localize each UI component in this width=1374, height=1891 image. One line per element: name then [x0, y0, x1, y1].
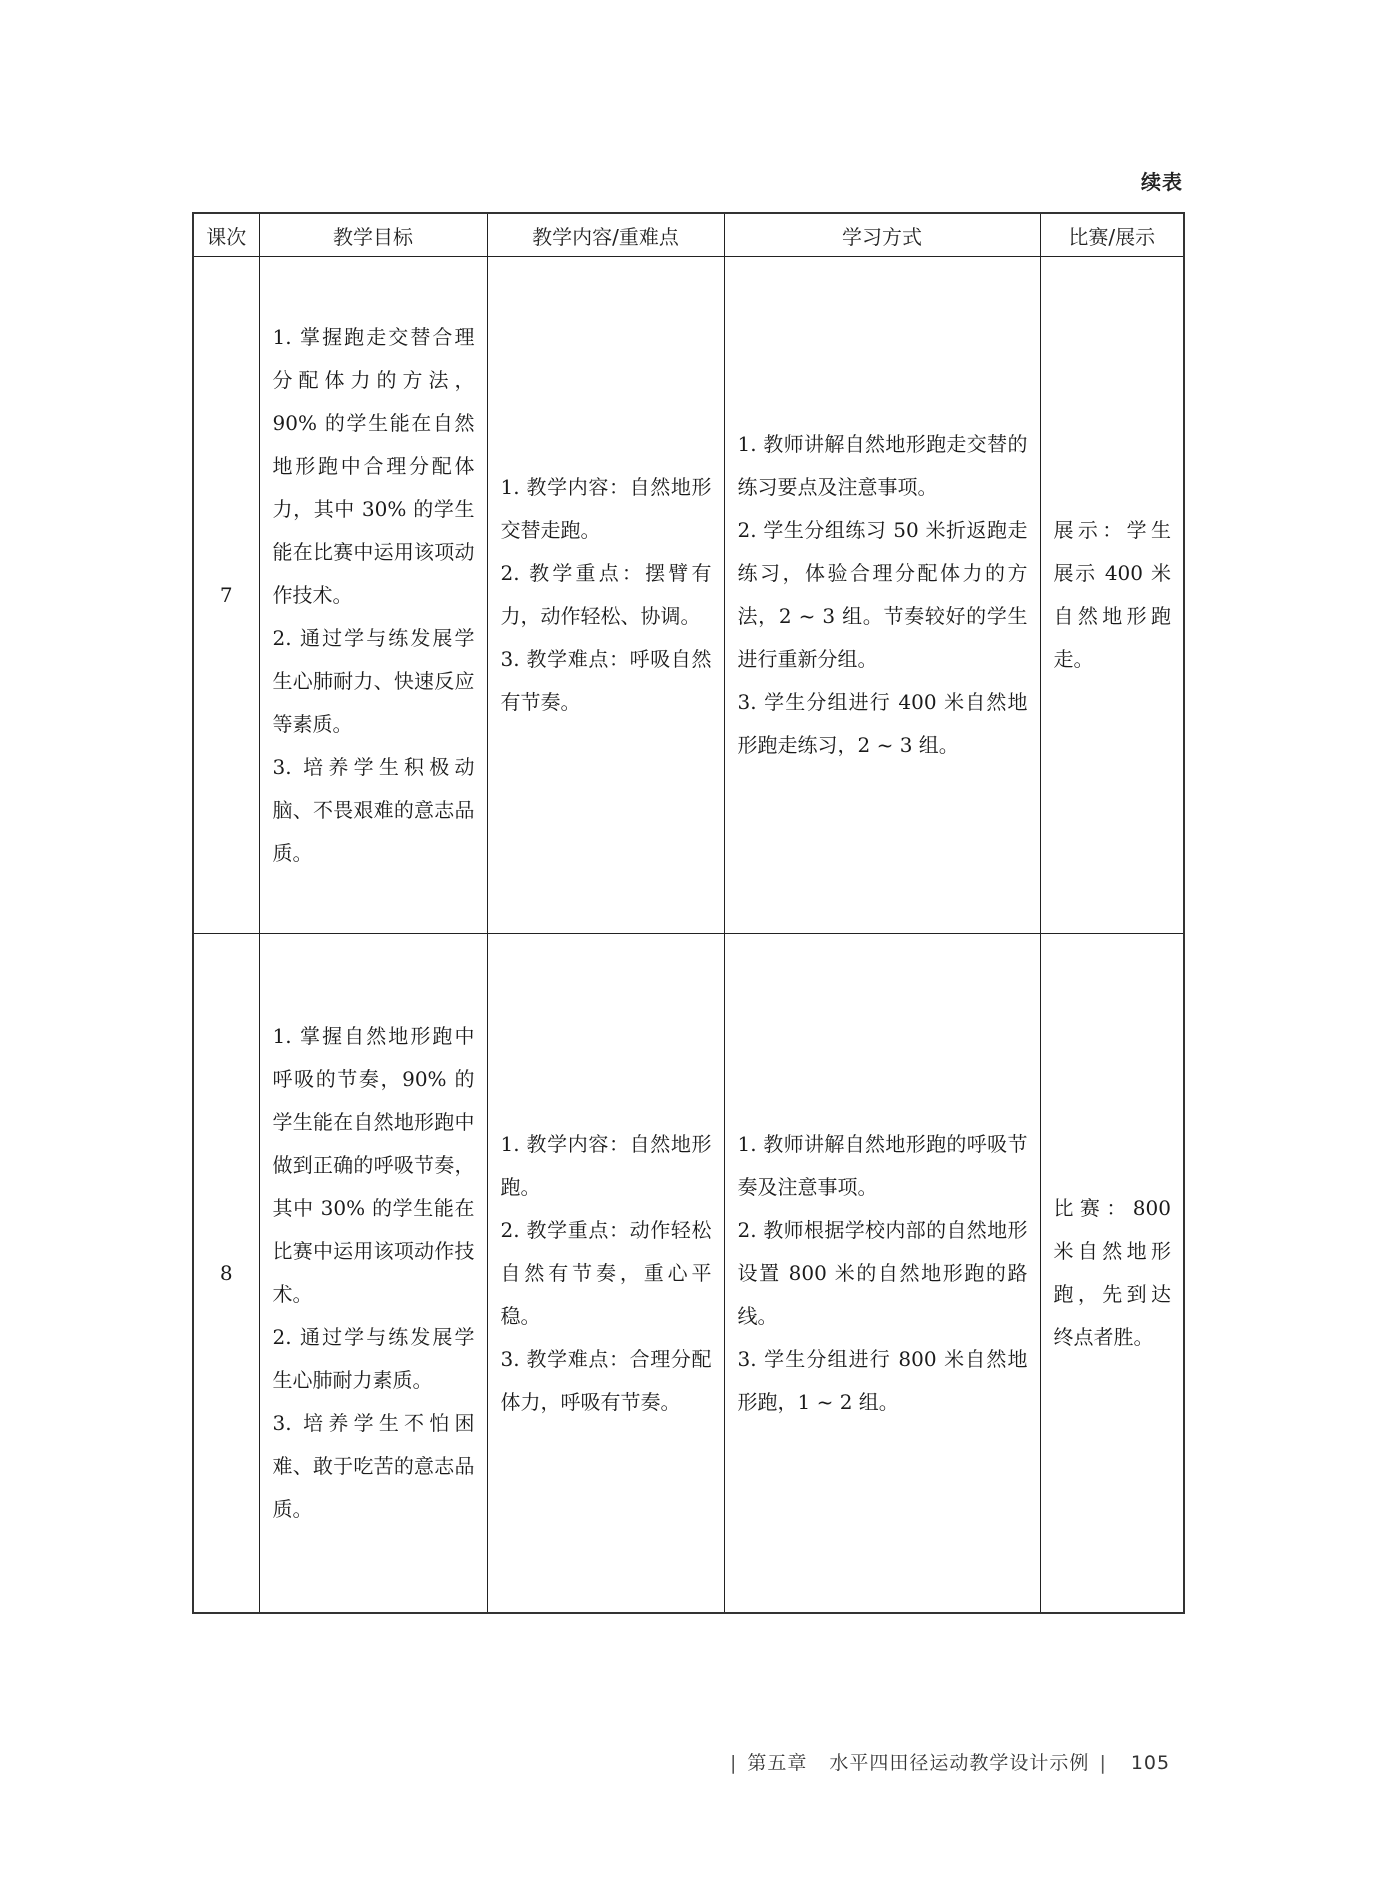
- separator-bar: |: [730, 1752, 737, 1774]
- method-item: 2. 学生分组练习 50 米折返跑走练习，体验合理分配体力的方法，2 ~ 3 组…: [738, 509, 1028, 681]
- page-number: 105: [1131, 1752, 1170, 1774]
- methods-cell: 1. 教师讲解自然地形跑走交替的练习要点及注意事项。 2. 学生分组练习 50 …: [724, 257, 1040, 934]
- content-item: 3. 教学难点：合理分配体力，呼吸有节奏。: [501, 1338, 712, 1424]
- content-cell: 1. 教学内容：自然地形交替走跑。 2. 教学重点：摆臂有力，动作轻松、协调。 …: [487, 257, 724, 934]
- content-item: 3. 教学难点：呼吸自然有节奏。: [501, 638, 712, 724]
- methods-cell: 1. 教师讲解自然地形跑的呼吸节奏及注意事项。 2. 教师根据学校内部的自然地形…: [724, 934, 1040, 1614]
- goal-item: 3. 培养学生不怕困难、敢于吃苦的意志品质。: [273, 1402, 475, 1531]
- page-footer: |第五章水平四田径运动教学设计示例|105: [720, 1748, 1170, 1775]
- footer-title: 水平四田径运动教学设计示例: [829, 1752, 1089, 1774]
- lesson-plan-table: 课次 教学目标 教学内容/重难点 学习方式 比赛/展示 7 1. 掌握跑走交替合…: [192, 212, 1185, 1614]
- show-cell: 比赛：800 米自然地形跑，先到达终点者胜。: [1040, 934, 1184, 1614]
- goal-item: 3. 培养学生积极动脑、不畏艰难的意志品质。: [273, 746, 475, 875]
- lesson-number: 7: [193, 257, 259, 934]
- goals-cell: 1. 掌握跑走交替合理分配体力的方法，90% 的学生能在自然地形跑中合理分配体力…: [259, 257, 487, 934]
- header-methods: 学习方式: [724, 213, 1040, 257]
- separator-bar: |: [1099, 1752, 1106, 1774]
- method-item: 3. 学生分组进行 800 米自然地形跑，1 ~ 2 组。: [738, 1338, 1028, 1424]
- method-item: 1. 教师讲解自然地形跑的呼吸节奏及注意事项。: [738, 1123, 1028, 1209]
- goal-item: 2. 通过学与练发展学生心肺耐力素质。: [273, 1316, 475, 1402]
- header-show: 比赛/展示: [1040, 213, 1184, 257]
- show-text: 比赛：800 米自然地形跑，先到达终点者胜。: [1054, 1187, 1172, 1359]
- method-item: 2. 教师根据学校内部的自然地形设置 800 米的自然地形跑的路线。: [738, 1209, 1028, 1338]
- table-row: 7 1. 掌握跑走交替合理分配体力的方法，90% 的学生能在自然地形跑中合理分配…: [193, 257, 1184, 934]
- show-text: 展示：学生展示 400 米自然地形跑走。: [1054, 509, 1172, 681]
- goals-cell: 1. 掌握自然地形跑中呼吸的节奏，90% 的学生能在自然地形跑中做到正确的呼吸节…: [259, 934, 487, 1614]
- content-item: 1. 教学内容：自然地形跑。: [501, 1123, 712, 1209]
- content-cell: 1. 教学内容：自然地形跑。 2. 教学重点：动作轻松自然有节奏，重心平稳。 3…: [487, 934, 724, 1614]
- content-item: 2. 教学重点：动作轻松自然有节奏，重心平稳。: [501, 1209, 712, 1338]
- footer-chapter: 第五章: [747, 1752, 807, 1774]
- table-row: 8 1. 掌握自然地形跑中呼吸的节奏，90% 的学生能在自然地形跑中做到正确的呼…: [193, 934, 1184, 1614]
- header-goals: 教学目标: [259, 213, 487, 257]
- content-item: 1. 教学内容：自然地形交替走跑。: [501, 466, 712, 552]
- method-item: 1. 教师讲解自然地形跑走交替的练习要点及注意事项。: [738, 423, 1028, 509]
- table-header-row: 课次 教学目标 教学内容/重难点 学习方式 比赛/展示: [193, 213, 1184, 257]
- show-cell: 展示：学生展示 400 米自然地形跑走。: [1040, 257, 1184, 934]
- header-lesson: 课次: [193, 213, 259, 257]
- content-item: 2. 教学重点：摆臂有力，动作轻松、协调。: [501, 552, 712, 638]
- goal-item: 1. 掌握跑走交替合理分配体力的方法，90% 的学生能在自然地形跑中合理分配体力…: [273, 316, 475, 617]
- lesson-number: 8: [193, 934, 259, 1614]
- method-item: 3. 学生分组进行 400 米自然地形跑走练习，2 ~ 3 组。: [738, 681, 1028, 767]
- header-content: 教学内容/重难点: [487, 213, 724, 257]
- continued-table-label: 续表: [1141, 166, 1183, 195]
- goal-item: 2. 通过学与练发展学生心肺耐力、快速反应等素质。: [273, 617, 475, 746]
- goal-item: 1. 掌握自然地形跑中呼吸的节奏，90% 的学生能在自然地形跑中做到正确的呼吸节…: [273, 1015, 475, 1316]
